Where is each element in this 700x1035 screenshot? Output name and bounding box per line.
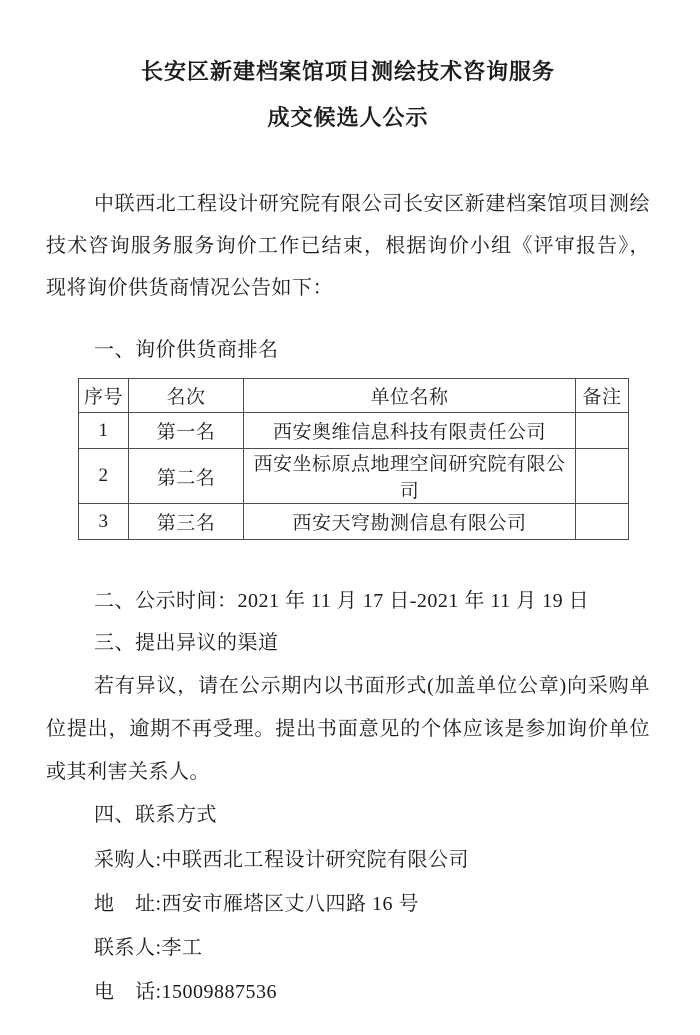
objection-paragraph: 若有异议，请在公示期内以书面形式(加盖单位公章)向采购单位提出，逾期不再受理。提… [46,665,650,794]
header-note: 备注 [576,379,629,413]
cell-note [576,504,629,540]
header-company-name: 单位名称 [244,379,576,413]
address-line: 地 址:西安市雁塔区丈八四路 16 号 [46,882,650,926]
section-4-heading: 四、联系方式 [46,794,650,837]
contact-person-line: 联系人:李工 [46,926,650,970]
purchaser-line: 采购人:中联西北工程设计研究院有限公司 [46,838,650,882]
supplier-ranking-table: 序号 名次 单位名称 备注 1 第一名 西安奥维信息科技有限责任公司 2 第二名… [78,378,629,540]
cell-serial-number: 3 [79,504,129,540]
cell-note [576,413,629,449]
cell-note [576,449,629,504]
contact-block: 采购人:中联西北工程设计研究院有限公司 地 址:西安市雁塔区丈八四路 16 号 … [46,838,650,1014]
header-rank: 名次 [129,379,244,413]
cell-serial-number: 2 [79,449,129,504]
table-row: 2 第二名 西安坐标原点地理空间研究院有限公司 [79,449,629,504]
phone-line: 电 话:15009887536 [46,970,650,1014]
intro-paragraph: 中联西北工程设计研究院有限公司长安区新建档案馆项目测绘技术咨询服务服务询价工作已… [46,183,650,309]
section-2-heading: 二、公示时间：2021 年 11 月 17 日-2021 年 11 月 19 日 [46,580,650,622]
cell-rank: 第一名 [129,413,244,449]
cell-company-name: 西安天穹勘测信息有限公司 [244,504,576,540]
document-title-line-2: 成交候选人公示 [46,103,650,133]
header-serial-number: 序号 [79,379,129,413]
section-1-heading: 一、询价供货商排名 [46,329,650,371]
cell-rank: 第三名 [129,504,244,540]
table-row: 3 第三名 西安天穹勘测信息有限公司 [79,504,629,540]
document-page: 长安区新建档案馆项目测绘技术咨询服务 成交候选人公示 中联西北工程设计研究院有限… [0,0,700,1035]
table-header-row: 序号 名次 单位名称 备注 [79,379,629,413]
document-title-line-1: 长安区新建档案馆项目测绘技术咨询服务 [46,57,650,87]
table-row: 1 第一名 西安奥维信息科技有限责任公司 [79,413,629,449]
cell-serial-number: 1 [79,413,129,449]
cell-company-name: 西安坐标原点地理空间研究院有限公司 [244,449,576,504]
cell-rank: 第二名 [129,449,244,504]
cell-company-name: 西安奥维信息科技有限责任公司 [244,413,576,449]
section-3-heading: 三、提出异议的渠道 [46,622,650,665]
